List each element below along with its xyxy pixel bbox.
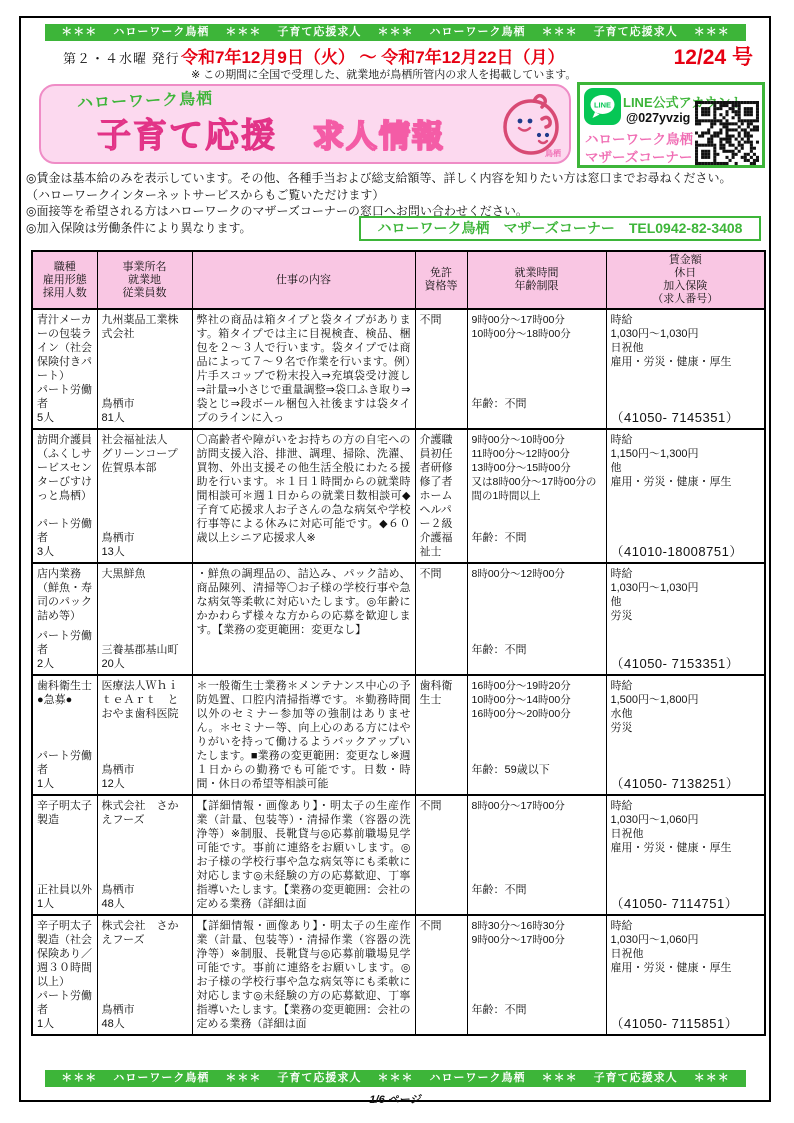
description-cell: 弊社の商品は箱タイプと袋タイプがあります。箱タイプでは主に目視検査、検品、梱包を… (192, 309, 415, 429)
insurance: 雇用・労災・健康・厚生 (611, 475, 761, 489)
logo-title: 子育て応援 求人情報 (97, 108, 445, 157)
age-limit: 年齢：不問 (472, 883, 602, 897)
hires-count: 3人 (37, 545, 93, 559)
wage-type: 時給 (611, 567, 761, 581)
wage-cell: 時給 1,150円～1,300円 他 雇用・労災・健康・厚生 （41010-18… (606, 429, 765, 563)
header-wage: 賃金額 休日 加入保険 （求人番号） (606, 251, 765, 309)
contact-phone-box: ハローワーク鳥栖 マザーズコーナー TEL0942-82-3408 (359, 216, 761, 241)
age-limit: 年齢：不問 (472, 1003, 602, 1017)
job-number: （41050- 7145351） (611, 411, 761, 425)
hires-count: 1人 (37, 777, 93, 791)
hours-cell: 8時00分～12時00分 年齢：不問 (467, 563, 606, 675)
work-location: 鳥栖市 (102, 763, 188, 777)
wage-type: 時給 (611, 799, 761, 813)
job-title: 歯科衛生士●急募● (37, 679, 93, 707)
line-corner-name: マザーズコーナー (585, 146, 692, 166)
holidays: 他 (611, 595, 761, 609)
employment-type: 正社員以外 (37, 883, 93, 897)
job-title-cell: 店内業務（鮮魚・寿司のパック詰め等） パート労働者 2人 (32, 563, 97, 675)
company-name: 社会福祉法人 グリーンコープ 佐賀県本部 (102, 433, 188, 475)
job-description: ・鮮魚の調理品の、詰込み、パック詰め、商品陳列、清掃等〇お子様の学校行事や急な病… (197, 567, 411, 637)
employee-count: 20人 (102, 657, 188, 671)
company-name: 大黒鮮魚 (102, 567, 188, 581)
job-title: 店内業務（鮮魚・寿司のパック詰め等） (37, 567, 93, 623)
working-hours: 9時00分～10時00分 11時00分～12時00分 13時00分～15時00分… (472, 433, 602, 503)
line-app-icon: LINE (584, 88, 621, 130)
svg-text:LINE: LINE (594, 101, 611, 110)
description-cell: 〇高齢者や障がいをお持ちの方の自宅への訪問支援入浴、排泄、調理、掃除、洗濯、買物… (192, 429, 415, 563)
header-employer: 事業所名 就業地 従業員数 (97, 251, 192, 309)
employee-count: 48人 (102, 897, 188, 911)
logo-title-sub: 求人情報 (313, 111, 445, 156)
holidays: 他 (611, 461, 761, 475)
holidays: 日祝他 (611, 827, 761, 841)
company-name: 九州薬品工業株式会社 (102, 313, 188, 341)
employer-cell: 社会福祉法人 グリーンコープ 佐賀県本部 鳥栖市 13人 (97, 429, 192, 563)
employee-count: 13人 (102, 545, 188, 559)
job-title-cell: 歯科衛生士●急募● パート労働者 1人 (32, 675, 97, 795)
wage-type: 時給 (611, 313, 761, 327)
page-number: 1/6 ページ (21, 1091, 769, 1107)
license-requirement: 歯科衛生士 (420, 679, 463, 707)
bottom-banner: ＊＊＊ ハローワーク鳥栖 ＊＊＊ 子育て応援求人 ＊＊＊ ハローワーク鳥栖 ＊＊… (45, 1070, 746, 1087)
hours-cell: 16時00分～19時20分 10時00分～14時00分 16時00分～20時00… (467, 675, 606, 795)
job-row: 歯科衛生士●急募● パート労働者 1人 医療法人ＷｈｉｔｅＡｒｔ とおやま歯科医… (32, 675, 765, 795)
job-title-cell: 辛子明太子製造 正社員以外 1人 (32, 795, 97, 915)
top-banner: ＊＊＊ ハローワーク鳥栖 ＊＊＊ 子育て応援求人 ＊＊＊ ハローワーク鳥栖 ＊＊… (45, 24, 746, 41)
holidays: 日祝他 (611, 341, 761, 355)
job-row: 訪問介護員（ふくしサービスセンターびすけっと鳥栖） パート労働者 3人 社会福祉… (32, 429, 765, 563)
job-description: 【詳細情報・画像あり】・明太子の生産作業（計量、包装等）・清掃作業（容器の洗浄等… (197, 919, 411, 1031)
license-requirement: 不問 (420, 567, 463, 581)
job-title-cell: 辛子明太子製造（社会保険あり／週３０時間以上） パート労働者 1人 (32, 915, 97, 1035)
wage-cell: 時給 1,500円～1,800円 水他 労災 （41050- 7138251） (606, 675, 765, 795)
job-description: ＊一般衛生士業務＊メンテナンス中心の予防処置、口腔内清掃指導です。＊勤務時間以外… (197, 679, 411, 791)
job-row: 辛子明太子製造 正社員以外 1人 株式会社 さかえフーズ 鳥栖市 48人 【詳細… (32, 795, 765, 915)
job-title: 辛子明太子製造 (37, 799, 93, 827)
header-description: 仕事の内容 (192, 251, 415, 309)
listing-period: 令和7年12月9日（火） ～ 令和7年12月22日（月） (181, 43, 565, 68)
license-requirement: 不問 (420, 799, 463, 813)
employment-type: パート労働者 (37, 629, 93, 657)
work-location: 鳥栖市 (102, 1003, 188, 1017)
license-cell: 介護職員初任者研修修了者 ホームヘルパー２級 介護福祉士 (415, 429, 467, 563)
age-limit: 年齢：不問 (472, 397, 602, 411)
working-hours: 8時30分～16時30分 9時00分～17時00分 (472, 919, 602, 947)
line-account-box: LINE LINE公式アカウント @027yvzig ハローワーク鳥栖 マザーズ… (577, 82, 765, 168)
description-cell: ・鮮魚の調理品の、詰込み、パック詰め、商品陳列、清掃等〇お子様の学校行事や急な病… (192, 563, 415, 675)
employee-count: 81人 (102, 411, 188, 425)
job-table-body: 青汁メーカーの包装ライン（社会保険付きパート） パート労働者 5人 九州薬品工業… (32, 309, 765, 1035)
holidays: 水他 (611, 707, 761, 721)
table-header-row: 職種 雇用形態 採用人数 事業所名 就業地 従業員数 仕事の内容 免許 資格等 … (32, 251, 765, 309)
wage-cell: 時給 1,030円～1,030円 日祝他 雇用・労災・健康・厚生 （41050-… (606, 309, 765, 429)
wage-cell: 時給 1,030円～1,030円 他 労災 （41050- 7153351） (606, 563, 765, 675)
wage-type: 時給 (611, 433, 761, 447)
employer-cell: 株式会社 さかえフーズ 鳥栖市 48人 (97, 915, 192, 1035)
document-page: ＊＊＊ ハローワーク鳥栖 ＊＊＊ 子育て応援求人 ＊＊＊ ハローワーク鳥栖 ＊＊… (0, 0, 794, 1123)
job-number: （41010-18008751） (611, 545, 761, 559)
insurance: 雇用・労災・健康・厚生 (611, 961, 761, 975)
employment-type: パート労働者 (37, 749, 93, 777)
title-logo-box: ハローワーク鳥栖 子育て応援 求人情報 (39, 84, 571, 164)
age-limit: 年齢：59歳以下 (472, 763, 602, 777)
hours-cell: 8時30分～16時30分 9時00分～17時00分 年齢：不問 (467, 915, 606, 1035)
hires-count: 1人 (37, 897, 93, 911)
working-hours: 8時00分～12時00分 (472, 567, 602, 581)
wage-range: 1,030円～1,030円 (611, 327, 761, 341)
holidays: 日祝他 (611, 947, 761, 961)
hires-count: 1人 (37, 1017, 93, 1031)
wage-range: 1,030円～1,030円 (611, 581, 761, 595)
company-name: 株式会社 さかえフーズ (102, 799, 188, 827)
employment-type: パート労働者 (37, 517, 93, 545)
line-org-name: ハローワーク鳥栖 (585, 128, 693, 148)
job-description: 〇高齢者や障がいをお持ちの方の自宅への訪問支援入浴、排泄、調理、掃除、洗濯、買物… (197, 433, 411, 545)
working-hours: 8時00分～17時00分 (472, 799, 602, 813)
company-name: 株式会社 さかえフーズ (102, 919, 188, 947)
license-cell: 不問 (415, 915, 467, 1035)
hours-cell: 8時00分～17時00分 年齢：不問 (467, 795, 606, 915)
work-location: 鳥栖市 (102, 883, 188, 897)
issue-number: 12/24 号 (674, 41, 753, 71)
license-requirement: 不問 (420, 313, 463, 327)
license-cell: 不問 (415, 563, 467, 675)
line-account-id: @027yvzig (626, 111, 690, 125)
job-title: 辛子明太子製造（社会保険あり／週３０時間以上） (37, 919, 93, 989)
period-note: ※ この期間に全国で受理した、就業地が鳥栖所管内の求人を掲載しています。 (191, 66, 576, 82)
wage-type: 時給 (611, 919, 761, 933)
job-number: （41050- 7115851） (611, 1017, 761, 1031)
note-line: ◎賃金は基本給のみを表示しています。その他、各種手当および総支給額等、詳しく内容… (26, 170, 770, 187)
wage-range: 1,500円～1,800円 (611, 693, 761, 707)
employer-cell: 九州薬品工業株式会社 鳥栖市 81人 (97, 309, 192, 429)
work-location: 鳥栖市 (102, 531, 188, 545)
wage-range: 1,030円～1,060円 (611, 933, 761, 947)
license-requirement: 不問 (420, 919, 463, 933)
header-license: 免許 資格等 (415, 251, 467, 309)
wage-type: 時給 (611, 679, 761, 693)
working-hours: 9時00分～17時00分 10時00分～18時00分 (472, 313, 602, 341)
header-hours: 就業時間 年齢制限 (467, 251, 606, 309)
license-cell: 歯科衛生士 (415, 675, 467, 795)
hires-count: 2人 (37, 657, 93, 671)
wage-cell: 時給 1,030円～1,060円 日祝他 雇用・労災・健康・厚生 （41050-… (606, 795, 765, 915)
insurance: 雇用・労災・健康・厚生 (611, 355, 761, 369)
wage-cell: 時給 1,030円～1,060円 日祝他 雇用・労災・健康・厚生 （41050-… (606, 915, 765, 1035)
age-limit: 年齢：不問 (472, 643, 602, 657)
logo-title-main: 子育て応援 (97, 108, 277, 157)
license-requirement: 介護職員初任者研修修了者 ホームヘルパー２級 介護福祉士 (420, 433, 463, 559)
job-title-cell: 青汁メーカーの包装ライン（社会保険付きパート） パート労働者 5人 (32, 309, 97, 429)
note-line: （ハローワークインターネットサービスからもご覧いただけます） (26, 187, 770, 204)
age-limit: 年齢：不問 (472, 531, 602, 545)
job-title: 青汁メーカーの包装ライン（社会保険付きパート） (37, 313, 93, 383)
mascot-label: 鳥栖 (545, 148, 561, 158)
mascot-icon: 鳥栖 (498, 90, 564, 165)
employment-type: パート労働者 (37, 383, 93, 411)
description-cell: 【詳細情報・画像あり】・明太子の生産作業（計量、包装等）・清掃作業（容器の洗浄等… (192, 795, 415, 915)
employer-cell: 医療法人ＷｈｉｔｅＡｒｔ とおやま歯科医院 鳥栖市 12人 (97, 675, 192, 795)
wage-range: 1,030円～1,060円 (611, 813, 761, 827)
wage-range: 1,150円～1,300円 (611, 447, 761, 461)
employment-type: パート労働者 (37, 989, 93, 1017)
job-listings-table: 職種 雇用形態 採用人数 事業所名 就業地 従業員数 仕事の内容 免許 資格等 … (31, 250, 766, 1036)
description-cell: 【詳細情報・画像あり】・明太子の生産作業（計量、包装等）・清掃作業（容器の洗浄等… (192, 915, 415, 1035)
employee-count: 12人 (102, 777, 188, 791)
job-description: 弊社の商品は箱タイプと袋タイプがあります。箱タイプでは主に目視検査、検品、梱包を… (197, 313, 411, 425)
insurance: 雇用・労災・健康・厚生 (611, 841, 761, 855)
qr-code (695, 101, 759, 170)
job-number: （41050- 7138251） (611, 777, 761, 791)
company-name: 医療法人ＷｈｉｔｅＡｒｔ とおやま歯科医院 (102, 679, 188, 721)
work-location: 鳥栖市 (102, 397, 188, 411)
header-job-type: 職種 雇用形態 採用人数 (32, 251, 97, 309)
job-row: 店内業務（鮮魚・寿司のパック詰め等） パート労働者 2人 大黒鮮魚 三養基郡基山… (32, 563, 765, 675)
job-description: 【詳細情報・画像あり】・明太子の生産作業（計量、包装等）・清掃作業（容器の洗浄等… (197, 799, 411, 911)
job-number: （41050- 7114751） (611, 897, 761, 911)
employer-cell: 大黒鮮魚 三養基郡基山町 20人 (97, 563, 192, 675)
issue-schedule: 第２・４水曜 発行 (63, 48, 180, 67)
job-title-cell: 訪問介護員（ふくしサービスセンターびすけっと鳥栖） パート労働者 3人 (32, 429, 97, 563)
job-number: （41050- 7153351） (611, 657, 761, 671)
job-row: 青汁メーカーの包装ライン（社会保険付きパート） パート労働者 5人 九州薬品工業… (32, 309, 765, 429)
insurance: 労災 (611, 721, 761, 735)
employer-cell: 株式会社 さかえフーズ 鳥栖市 48人 (97, 795, 192, 915)
hours-cell: 9時00分～17時00分 10時00分～18時00分 年齢：不問 (467, 309, 606, 429)
description-cell: ＊一般衛生士業務＊メンテナンス中心の予防処置、口腔内清掃指導です。＊勤務時間以外… (192, 675, 415, 795)
work-location: 三養基郡基山町 (102, 643, 188, 657)
insurance: 労災 (611, 609, 761, 623)
license-cell: 不問 (415, 795, 467, 915)
page-border-frame: ＊＊＊ ハローワーク鳥栖 ＊＊＊ 子育て応援求人 ＊＊＊ ハローワーク鳥栖 ＊＊… (19, 16, 771, 1102)
hours-cell: 9時00分～10時00分 11時00分～12時00分 13時00分～15時00分… (467, 429, 606, 563)
working-hours: 16時00分～19時20分 10時00分～14時00分 16時00分～20時00… (472, 679, 602, 721)
license-cell: 不問 (415, 309, 467, 429)
hires-count: 5人 (37, 411, 93, 425)
job-row: 辛子明太子製造（社会保険あり／週３０時間以上） パート労働者 1人 株式会社 さ… (32, 915, 765, 1035)
job-title: 訪問介護員（ふくしサービスセンターびすけっと鳥栖） (37, 433, 93, 503)
employee-count: 48人 (102, 1017, 188, 1031)
